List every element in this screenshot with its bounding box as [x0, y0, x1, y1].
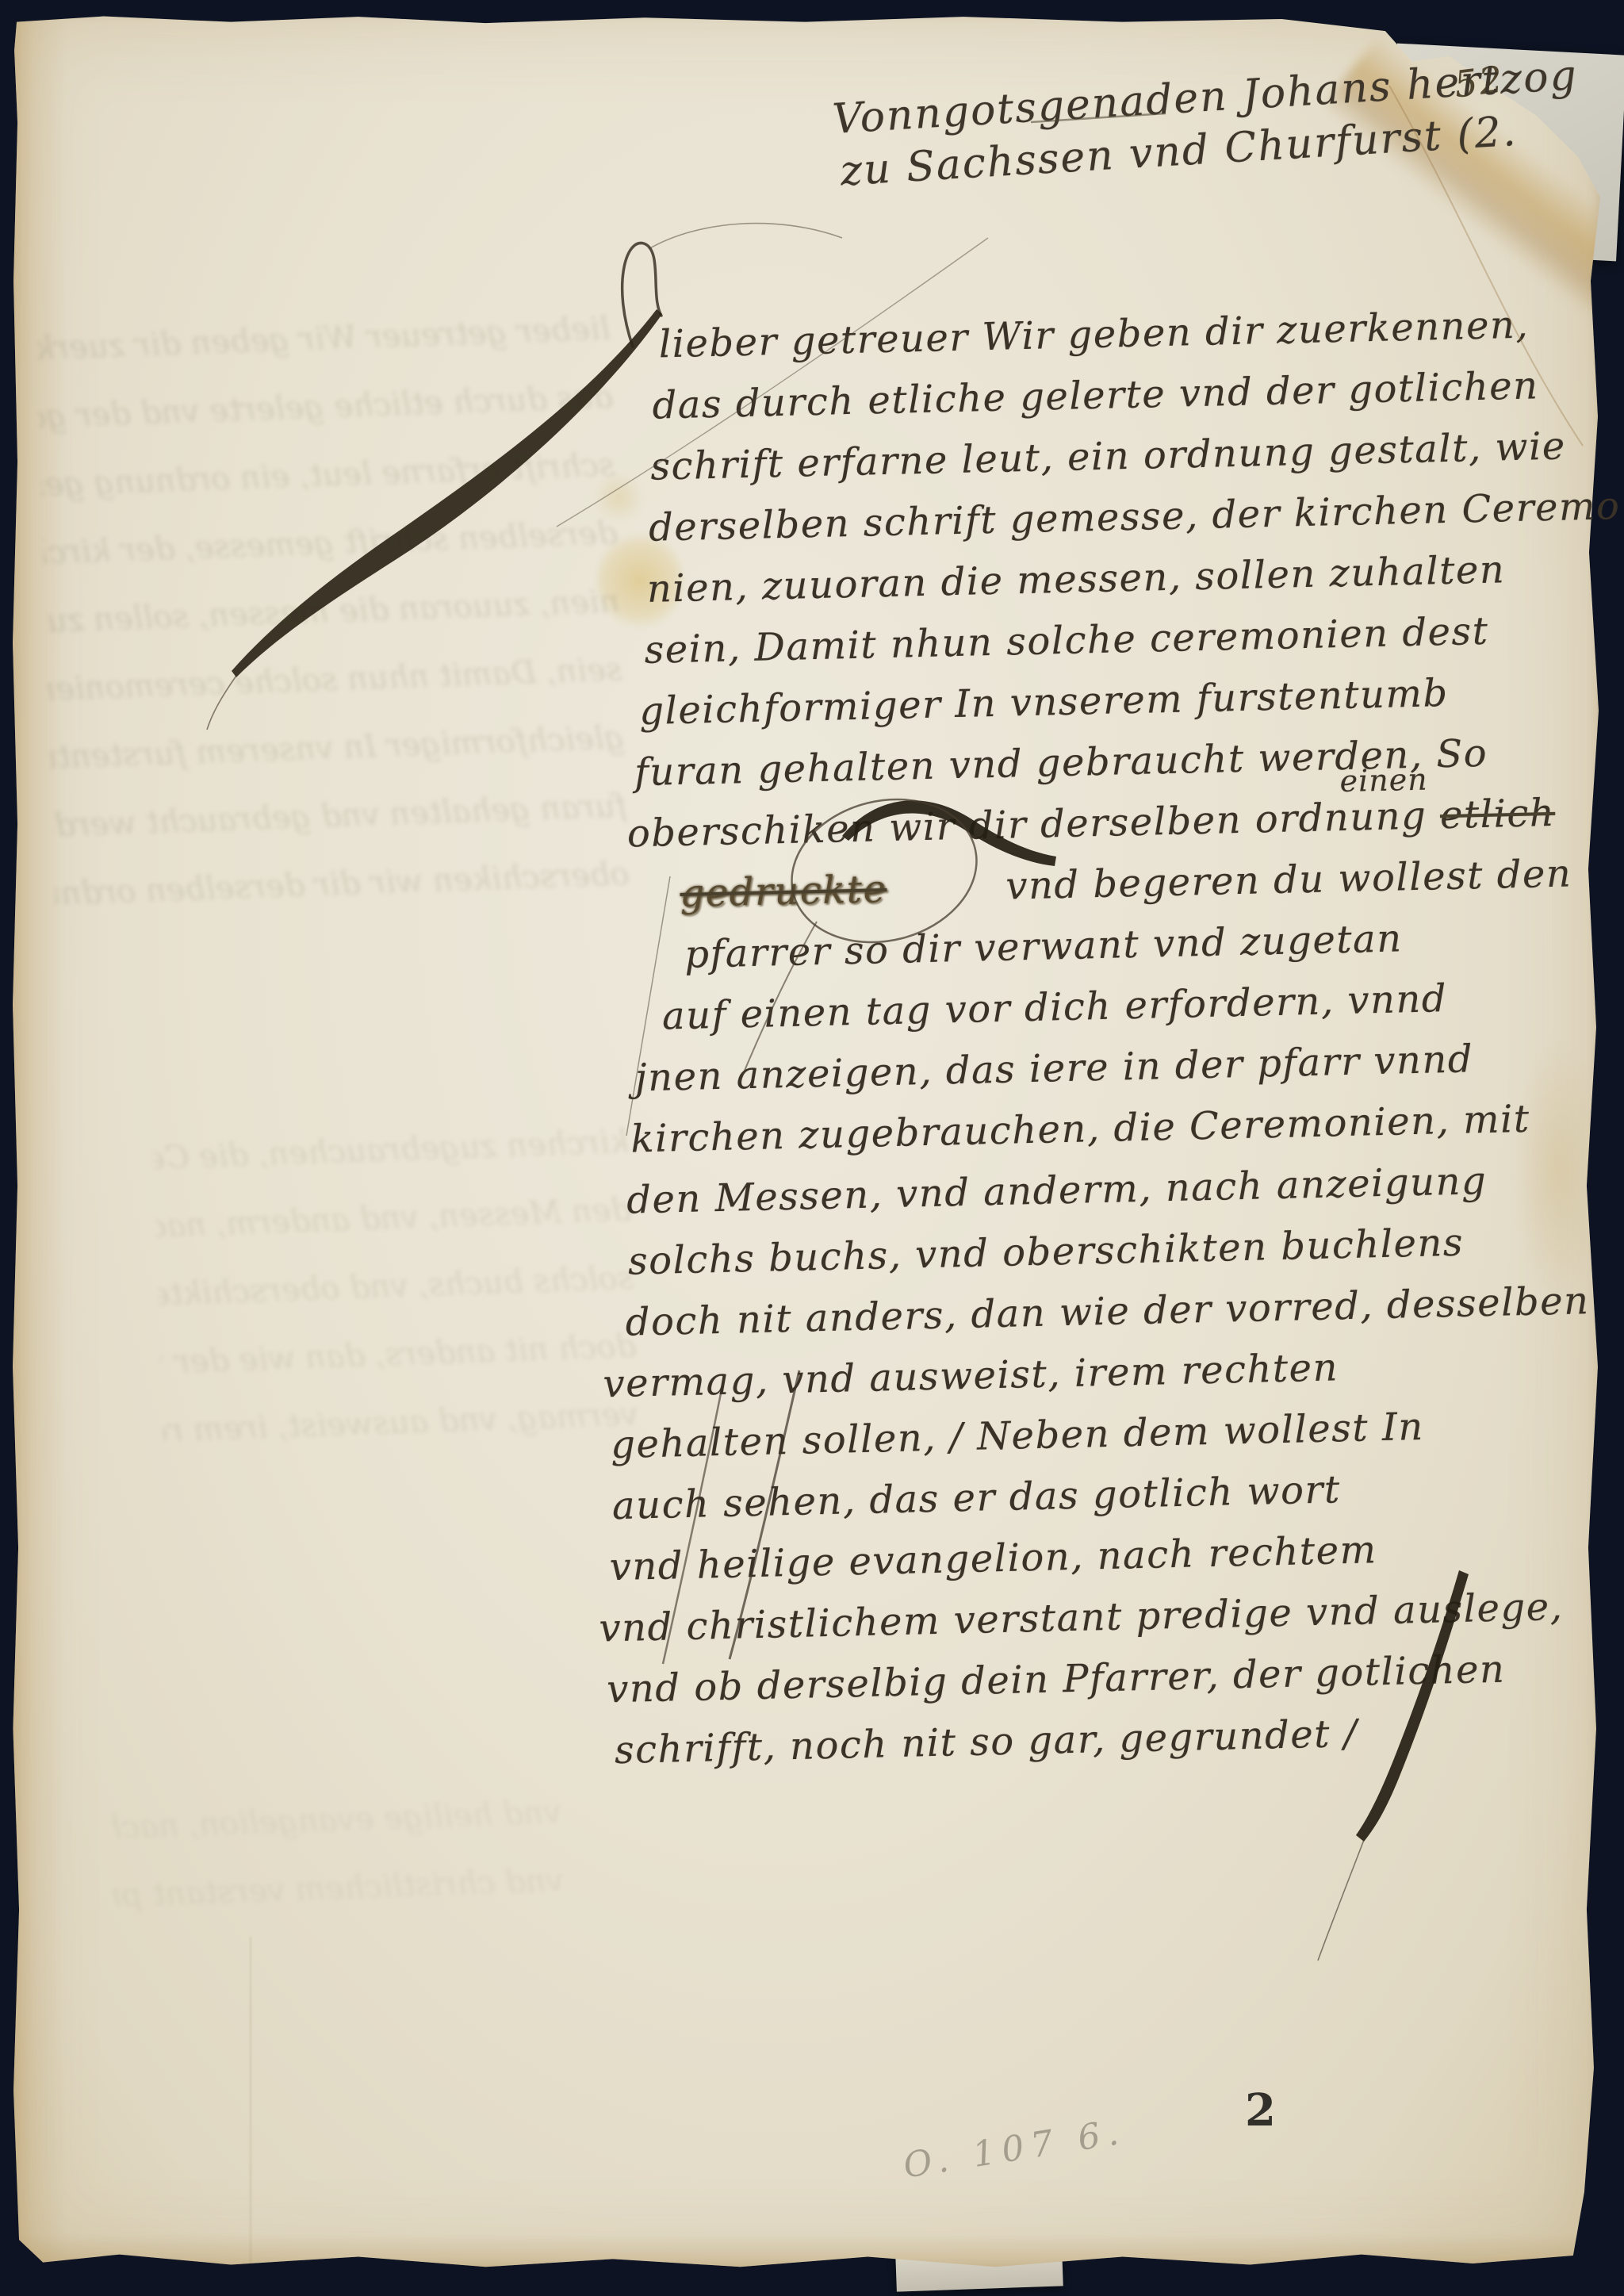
bleed-through-line: vnd heilige evangelion, nach rechtem [109, 1778, 563, 1862]
line-gap [887, 899, 1006, 902]
manuscript-photo: lieber getreuer Wir geben dir zuerkennen… [0, 0, 1624, 2296]
bleed-through-line: schrift erfarne leut, ein ordnung gestal… [40, 431, 616, 519]
inserted-word: einen [1339, 749, 1429, 813]
strikethrough-word: gedruckte [680, 867, 887, 916]
paper-crease [250, 1937, 251, 2270]
bleed-through-line: sein, Damit nhun solche ceremonien dest [47, 635, 623, 723]
bleed-through-line: solchs buchs, vnd oberschikten buchlens [157, 1244, 635, 1329]
bleed-through-line: vermag, vnd ausweist, irem rechten [162, 1380, 640, 1465]
bleed-through-line: den Messen, vnd anderm, nach anzeigung [155, 1176, 633, 1261]
bleed-through-line: furan gehalten vnd gebraucht werden, So [52, 772, 628, 860]
bleed-through-line: doch nit anders, dan wie der vorred, des… [159, 1313, 638, 1397]
bleed-through-line: gleichformiger In vnserem furstentumb [49, 703, 626, 792]
bleed-through-line: nien, zuuoran die messen, sollen zuhalte… [44, 567, 621, 655]
bleed-through-line: kirchen zugebrauchen, die Ceremonien, mi… [152, 1108, 630, 1193]
bleed-through-text: lieber getreuer Wir geben dir zuerkennen… [35, 295, 630, 941]
bleed-through-line: vnd christlichem verstant predige vnd au… [111, 1846, 565, 1930]
stamp-number: 2 [1245, 2084, 1276, 2137]
strikethrough-word: etlich [1439, 791, 1555, 838]
letter-line-text: vnd begeren du wollest den [1005, 851, 1572, 908]
letter-body: lieber getreuer Wir geben dir zuerkennen… [603, 293, 1619, 1781]
paper-edge-discoloration [8, 10, 65, 2271]
bleed-through-text: vnd heilige evangelion, nach rechtem vnd… [109, 1778, 565, 1945]
bleed-through-line: das durch etliche gelerte vnd der gotlic… [37, 363, 614, 451]
bleed-through-line: oberschiken wir dir derselben ordnung [54, 840, 630, 928]
bleed-through-text: kirchen zugebrauchen, die Ceremonien, mi… [152, 1108, 641, 1505]
bleed-through-line: lieber getreuer Wir geben dir zuerkennen… [35, 295, 611, 383]
bleed-through-line: derselben schrift gemesse, der kirchen C… [42, 499, 619, 587]
paper-edge-discoloration [8, 2235, 1600, 2271]
letter-line-text: oberschiken wir dir derselben ordnung [626, 794, 1427, 857]
